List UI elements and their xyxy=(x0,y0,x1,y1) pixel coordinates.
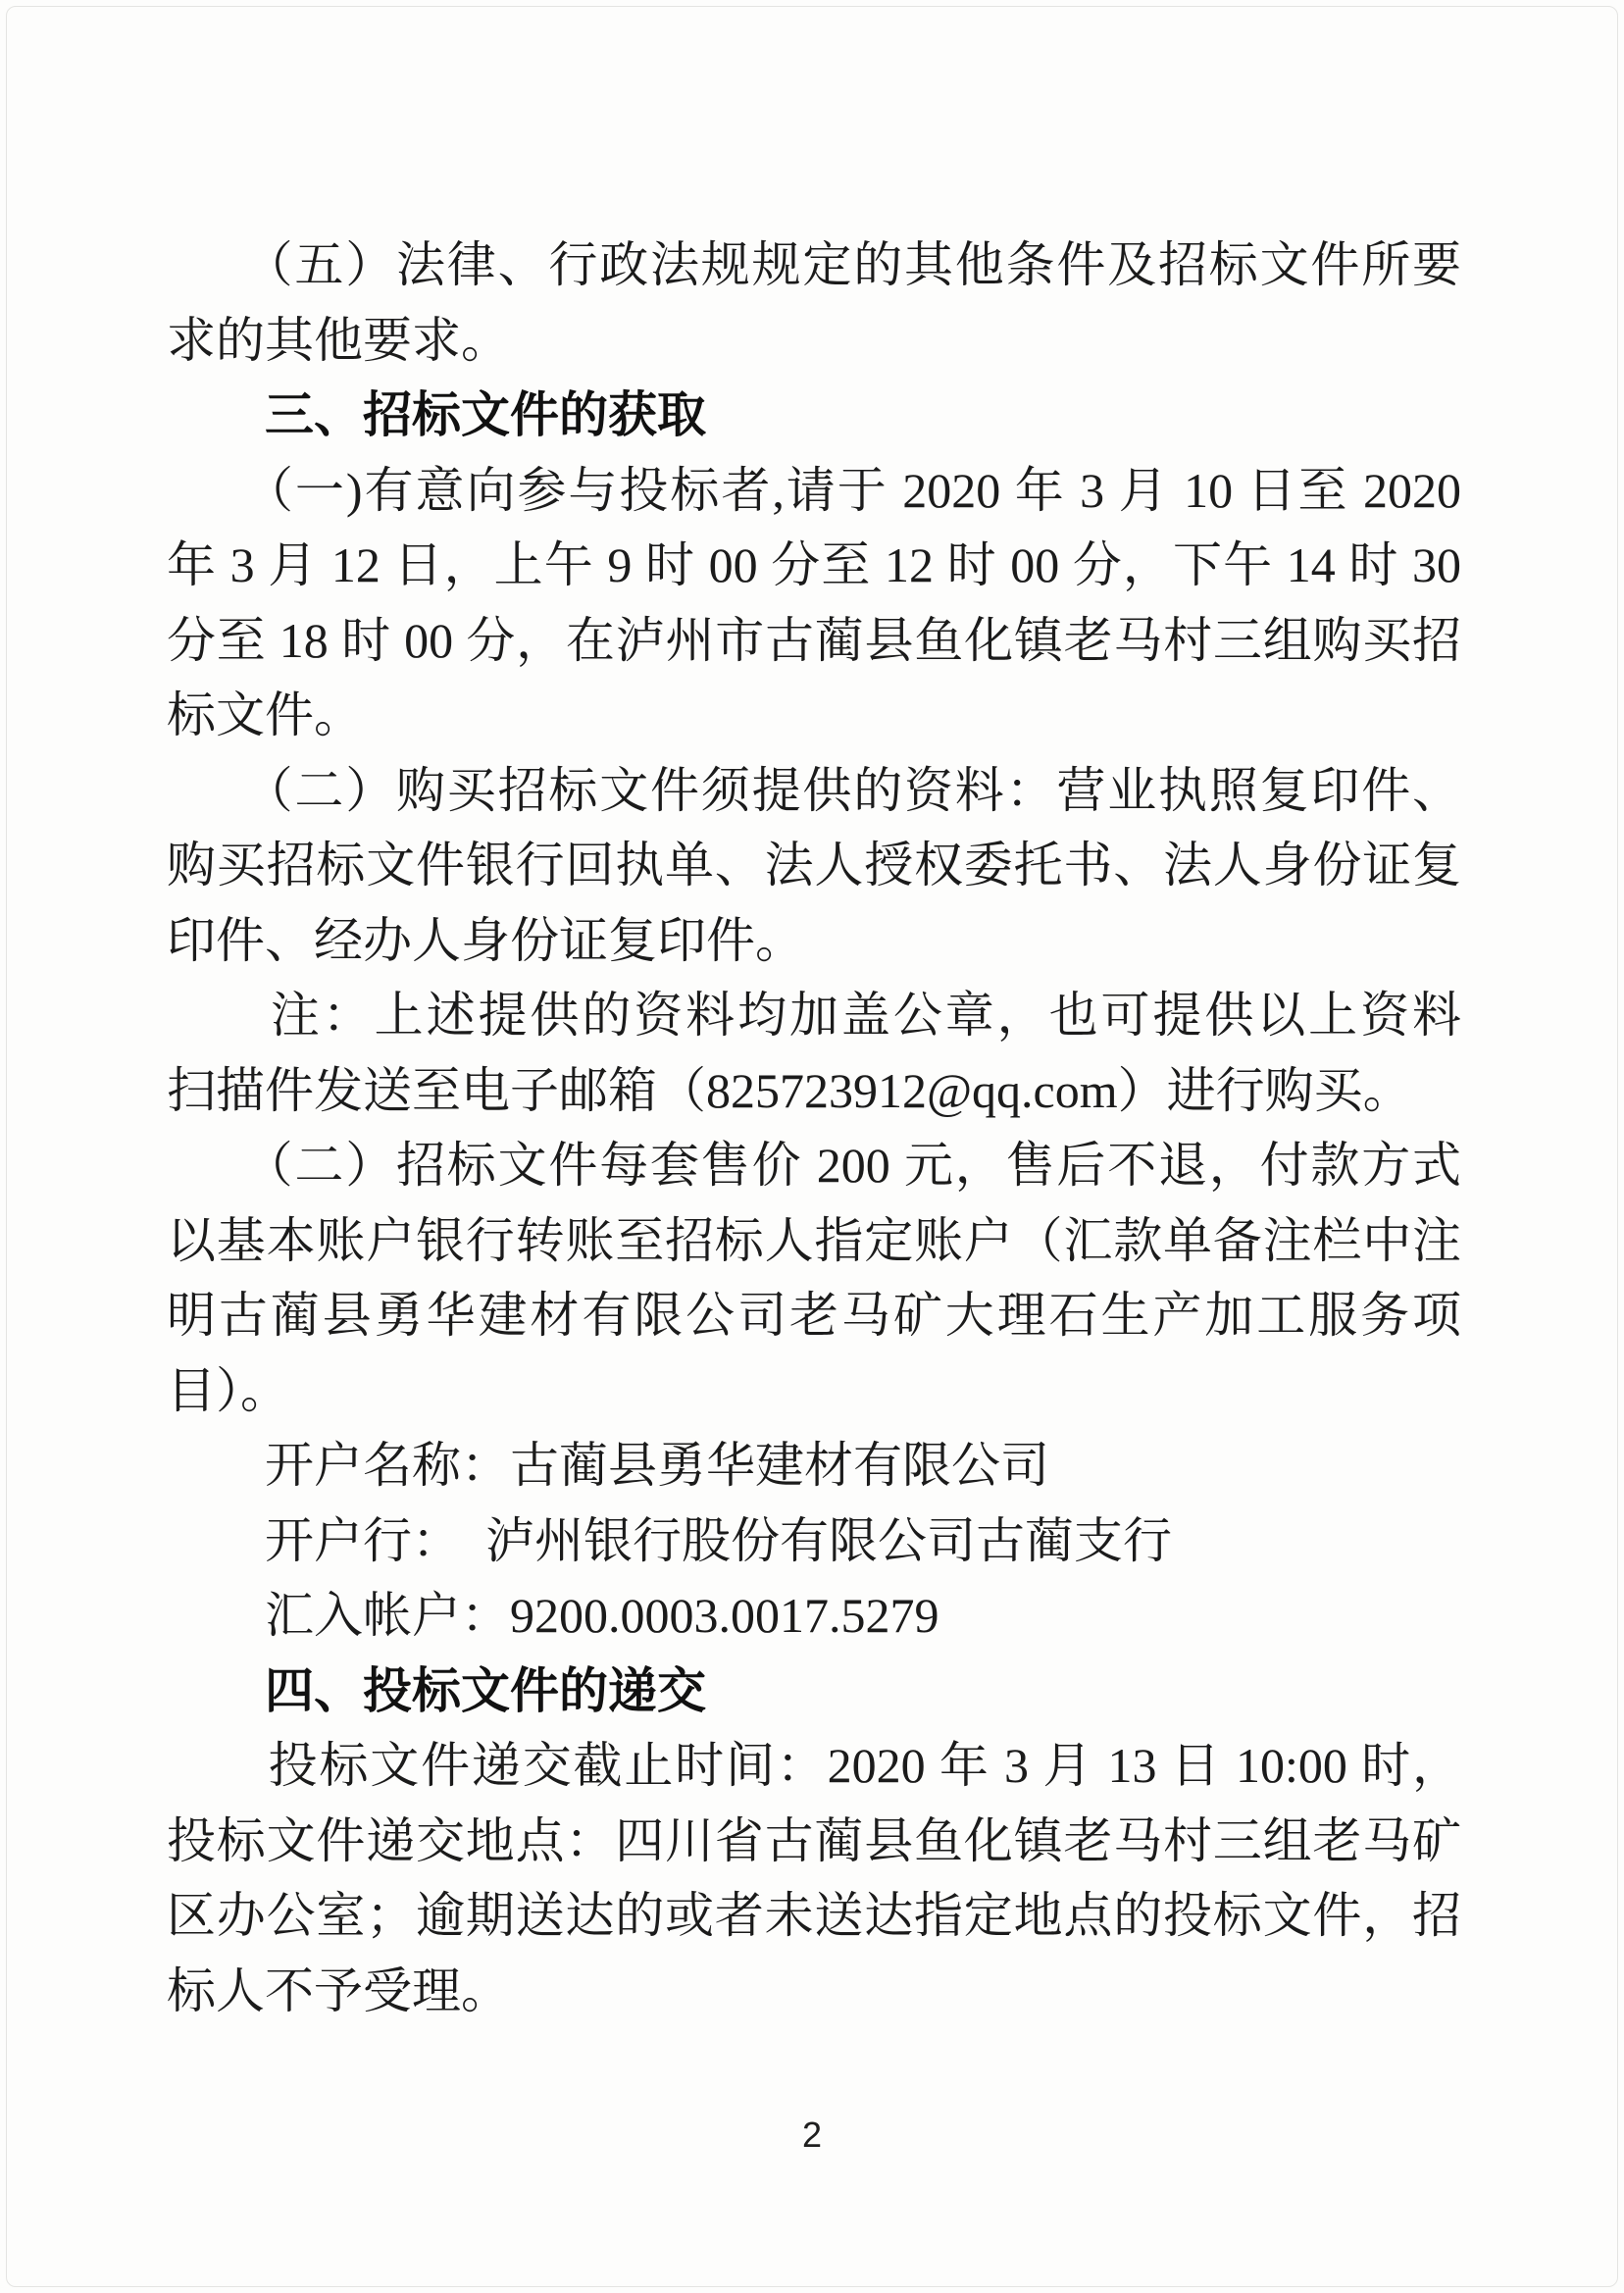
doc-line: 以基本账户银行转账至招标人指定账户（汇款单备注栏中注 xyxy=(167,1203,1461,1279)
doc-line: 求的其他要求。 xyxy=(167,303,1461,379)
doc-line: 开户行： 泸州银行股份有限公司古蔺支行 xyxy=(167,1503,1461,1579)
document-body: （五）法律、行政法规规定的其他条件及招标文件所要求的其他要求。 三、招标文件的获… xyxy=(167,228,1461,2028)
doc-line: 标文件。 xyxy=(167,678,1461,753)
section-heading: 三、招标文件的获取 xyxy=(167,378,1461,453)
doc-line: 年 3 月 12 日，上午 9 时 00 分至 12 时 00 分，下午 14 … xyxy=(167,528,1461,603)
doc-line: （五）法律、行政法规规定的其他条件及招标文件所要 xyxy=(167,228,1461,303)
doc-line: 扫描件发送至电子邮箱（825723912@qq.com）进行购买。 xyxy=(167,1053,1461,1129)
doc-line: （二）购买招标文件须提供的资料：营业执照复印件、 xyxy=(167,753,1461,829)
doc-line: 购买招标文件银行回执单、法人授权委托书、法人身份证复 xyxy=(167,828,1461,903)
doc-line: 分至 18 时 00 分，在泸州市古蔺县鱼化镇老马村三组购买招 xyxy=(167,603,1461,679)
doc-line: （一)有意向参与投标者,请于 2020 年 3 月 10 日至 2020 xyxy=(167,453,1461,529)
doc-line: 投标文件递交地点：四川省古蔺县鱼化镇老马村三组老马矿 xyxy=(167,1804,1461,1879)
doc-line: 汇入帐户：9200.0003.0017.5279 xyxy=(167,1578,1461,1654)
doc-line: 开户名称：古蔺县勇华建材有限公司 xyxy=(167,1428,1461,1503)
page-number: 2 xyxy=(802,2115,822,2155)
section-heading: 四、投标文件的递交 xyxy=(167,1654,1461,1729)
scanned-document-page: （五）法律、行政法规规定的其他条件及招标文件所要求的其他要求。 三、招标文件的获… xyxy=(0,0,1624,2293)
doc-line: 标人不予受理。 xyxy=(167,1954,1461,2029)
doc-line: 目）。 xyxy=(167,1353,1461,1429)
doc-line: （二）招标文件每套售价 200 元，售后不退，付款方式 xyxy=(167,1128,1461,1203)
doc-line: 注：上述提供的资料均加盖公章，也可提供以上资料 xyxy=(167,978,1461,1053)
doc-line: 投标文件递交截止时间：2020 年 3 月 13 日 10:00 时， xyxy=(167,1728,1461,1804)
doc-line: 明古蔺县勇华建材有限公司老马矿大理石生产加工服务项 xyxy=(167,1278,1461,1353)
doc-line: 区办公室；逾期送达的或者未送达指定地点的投标文件，招 xyxy=(167,1878,1461,1954)
page-footer: 2 xyxy=(0,2115,1624,2156)
doc-line: 印件、经办人身份证复印件。 xyxy=(167,903,1461,979)
